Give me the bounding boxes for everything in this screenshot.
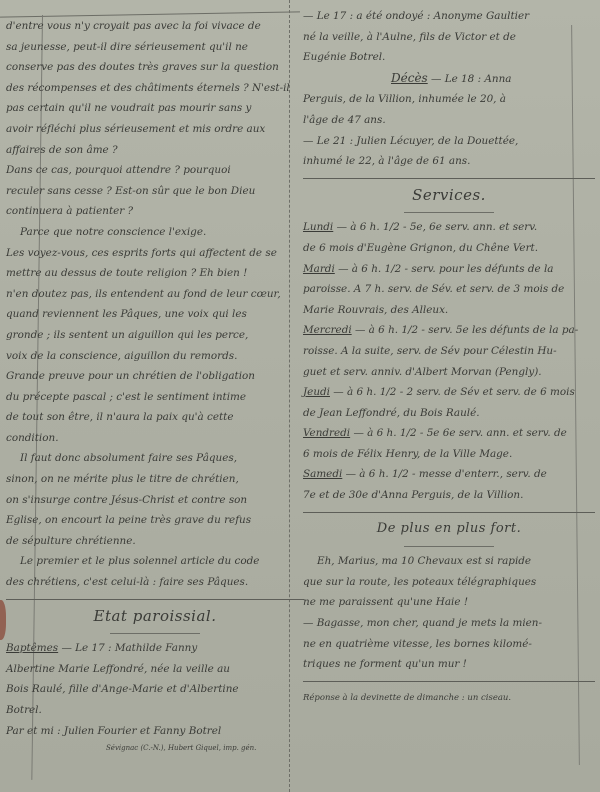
text-line: — Le 17 : a été ondoyé : Anonyme Gaultie… (303, 6, 595, 27)
text-line: condition. (6, 428, 304, 449)
heading-flourish (110, 630, 200, 634)
text-line: n'en doutez pas, ils entendent au fond d… (6, 284, 304, 305)
text-line: — Le 18 : Anna (431, 73, 511, 85)
text-line: — à 6 h. 1/2 - serv. 5e les défunts de l… (355, 324, 578, 336)
services-heading: Services. (303, 185, 595, 206)
baptemes-label: Baptêmes (6, 642, 58, 654)
day-mercredi: Mercredi (303, 324, 352, 336)
paragraph-must-do-easter: Il faut donc absolument faire ses Pâques… (6, 448, 304, 551)
text-line: — à 6 h. 1/2 - 2 serv. de Sév et serv. d… (333, 386, 575, 398)
heading-flourish (404, 543, 494, 547)
text-line: Par et mi : Julien Fourier et Fanny Botr… (6, 721, 304, 742)
paragraph-conscience: Parce que notre conscience l'exige. Les … (6, 222, 304, 366)
text-line: 6 mois de Félix Henry, de la Ville Mage. (303, 444, 595, 465)
text-line: Bois Raulé, fille d'Ange-Marie et d'Albe… (6, 679, 304, 700)
text-line: inhumé le 22, à l'âge de 61 ans. (303, 151, 595, 172)
text-line: de tout son être, il n'aura la paix qu'à… (6, 407, 304, 428)
left-column: d'entre vous n'y croyait pas avec la foi… (6, 16, 304, 755)
text-line: ne me paraissent qu'une Haie ! (303, 592, 595, 613)
text-line: Il faut donc absolument faire ses Pâques… (6, 448, 304, 469)
section-divider (303, 681, 595, 682)
text-line: d'entre vous n'y croyait pas avec la foi… (6, 16, 304, 37)
text-line: du précepte pascal ; c'est le sentiment … (6, 387, 304, 408)
text-line: — à 6 h. 1/2 - serv. pour les défunts de… (338, 263, 553, 275)
day-jeudi: Jeudi (303, 386, 330, 398)
baptemes-section: Baptêmes — Le 17 : Mathilde Fanny Albert… (6, 638, 304, 741)
text-line: Eh, Marius, ma 10 Chevaux est si rapide (303, 551, 595, 572)
paragraph-easter-question: d'entre vous n'y croyait pas avec la foi… (6, 16, 304, 160)
text-line: sinon, on ne mérite plus le titre de chr… (6, 469, 304, 490)
text-line: voix de la conscience, aiguillon du remo… (6, 346, 304, 367)
text-line: de Jean Leffondré, du Bois Raulé. (303, 403, 595, 424)
day-samedi: Samedi (303, 468, 342, 480)
paragraph-first-article: Le premier et le plus solennel article d… (6, 551, 304, 592)
text-line: 7e et de 30e d'Anna Perguis, de la Villi… (303, 485, 595, 506)
right-column: — Le 17 : a été ondoyé : Anonyme Gaultie… (303, 6, 595, 706)
text-line: on s'insurge contre Jésus-Christ et cont… (6, 490, 304, 511)
paragraph-why-wait: Dans ce cas, pourquoi attendre ? pourquo… (6, 160, 304, 222)
text-line: mettre au dessus de toute religion ? Eh … (6, 263, 304, 284)
day-vendredi: Vendredi (303, 427, 350, 439)
text-line: — Bagasse, mon cher, quand je mets la mi… (303, 613, 595, 634)
text-line: quand reviennent les Pâques, une voix qu… (6, 304, 304, 325)
section-divider (6, 599, 304, 600)
deces-label: Décès (391, 71, 428, 85)
text-line: Albertine Marie Leffondré, née la veille… (6, 659, 304, 680)
text-line: roisse. A la suite, serv. de Sév pour Cé… (303, 341, 595, 362)
etat-paroissial-heading: Etat paroissial. (6, 606, 304, 627)
text-line: des chrétiens, c'est celui-là : faire se… (6, 572, 304, 593)
text-line: pas certain qu'il ne voudrait pas mourir… (6, 98, 304, 119)
paragraph-proof: Grande preuve pour un chrétien de l'obli… (6, 366, 304, 448)
text-line: continuera à patienter ? (6, 201, 304, 222)
text-line: des récompenses et des châtiments éterne… (6, 78, 304, 99)
text-line: — à 6 h. 1/2 - messe d'enterr., serv. de (346, 468, 547, 480)
devinette-answer: Réponse à la devinette de dimanche : un … (303, 686, 595, 706)
text-line: sa jeunesse, peut-il dire sérieusement q… (6, 37, 304, 58)
text-line: Dans ce cas, pourquoi attendre ? pourquo… (6, 160, 304, 181)
text-line: de sépulture chrétienne. (6, 531, 304, 552)
text-line: affaires de son âme ? (6, 140, 304, 161)
section-divider (303, 512, 595, 513)
text-line: — Le 21 : Julien Lécuyer, de la Douettée… (303, 131, 595, 152)
day-mardi: Mardi (303, 263, 335, 275)
text-line: avoir réfléchi plus sérieusement et mis … (6, 119, 304, 140)
section-divider (303, 178, 595, 179)
joke-heading: De plus en plus fort. (303, 519, 595, 540)
deces-section: Décès — Le 18 : Anna Perguis, de la Vill… (303, 68, 595, 172)
text-line: — à 6 h. 1/2 - 5e, 6e serv. ann. et serv… (337, 221, 538, 233)
joke-text: Eh, Marius, ma 10 Chevaux est si rapide … (303, 551, 595, 675)
text-line: gronde ; ils sentent un aiguillon qui le… (6, 325, 304, 346)
text-line: — Le 17 : Mathilde Fanny (61, 642, 197, 654)
text-line: guet et serv. anniv. d'Albert Morvan (Pe… (303, 362, 595, 383)
printer-imprint: Sévignac (C.-N.), Hubert Giquel, imp. gé… (6, 741, 304, 755)
day-lundi: Lundi (303, 221, 333, 233)
scanned-bulletin-page: d'entre vous n'y croyait pas avec la foi… (0, 0, 600, 792)
text-line: paroisse. A 7 h. serv. de Sév. et serv. … (303, 279, 595, 300)
text-line: Eugénie Botrel. (303, 47, 595, 68)
text-line: l'âge de 47 ans. (303, 110, 595, 131)
text-line: Parce que notre conscience l'exige. (6, 222, 304, 243)
text-line: conserve pas des doutes très graves sur … (6, 57, 304, 78)
text-line: Eglise, on encourt la peine très grave d… (6, 510, 304, 531)
text-line: Botrel. (6, 700, 304, 721)
text-line: Perguis, de la Villion, inhumée le 20, à (303, 89, 595, 110)
text-line: Les voyez-vous, ces esprits forts qui af… (6, 243, 304, 264)
services-list: Lundi — à 6 h. 1/2 - 5e, 6e serv. ann. e… (303, 217, 595, 505)
text-line: Le premier et le plus solennel article d… (6, 551, 304, 572)
text-line: ne en quatrième vitesse, les bornes kilo… (303, 634, 595, 655)
text-line: Grande preuve pour un chrétien de l'obli… (6, 366, 304, 387)
ondoye-entry: — Le 17 : a été ondoyé : Anonyme Gaultie… (303, 6, 595, 68)
text-line: de 6 mois d'Eugène Grignon, du Chêne Ver… (303, 238, 595, 259)
heading-flourish (404, 209, 494, 213)
text-line: né la veille, à l'Aulne, fils de Victor … (303, 27, 595, 48)
text-line: reculer sans cesse ? Est-on sûr que le b… (6, 181, 304, 202)
text-line: que sur la route, les poteaux télégraphi… (303, 572, 595, 593)
text-line: — à 6 h. 1/2 - 5e 6e serv. ann. et serv.… (353, 427, 566, 439)
text-line: Marie Rouvrais, des Alleux. (303, 300, 595, 321)
text-line: triques ne forment qu'un mur ! (303, 654, 595, 675)
